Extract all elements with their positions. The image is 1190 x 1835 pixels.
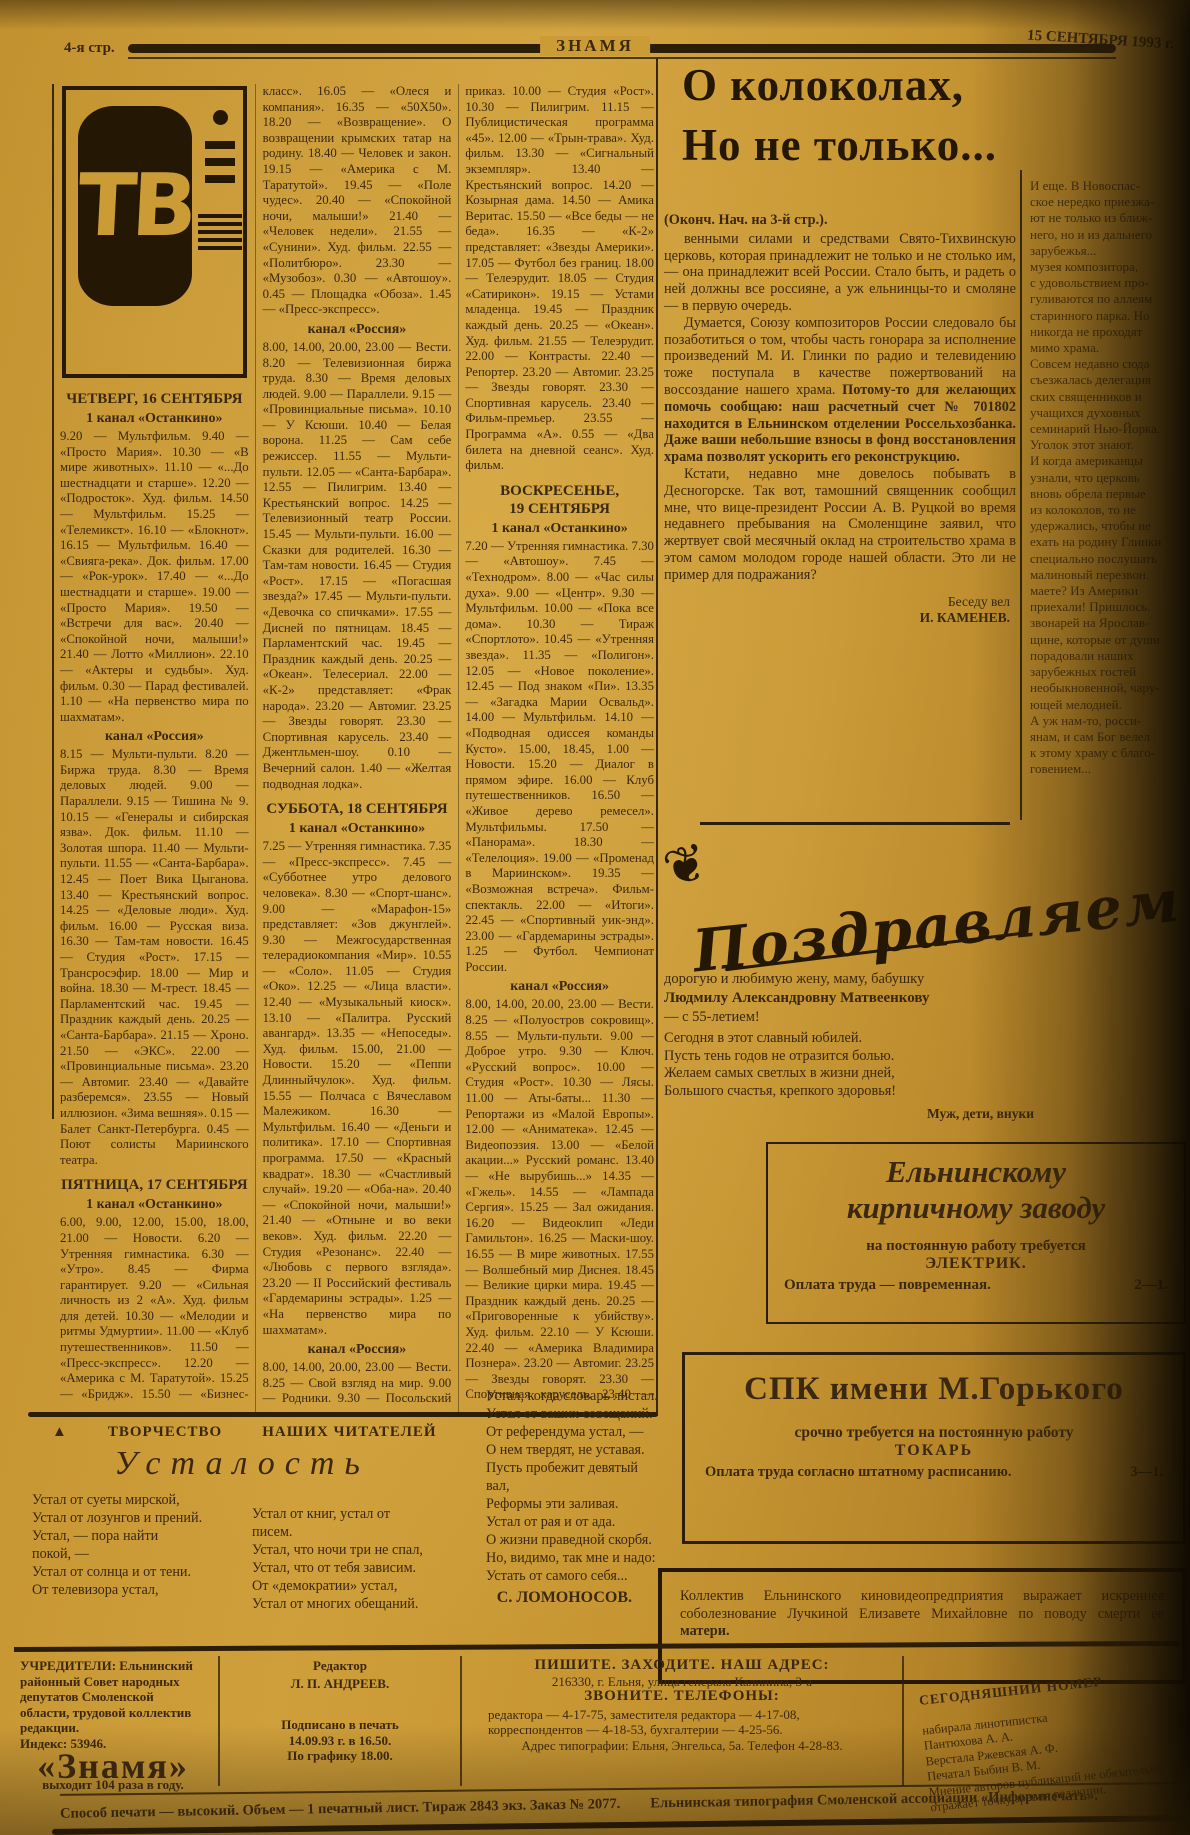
article-paragraph: Думается, Союзу композиторов России след…	[664, 315, 1016, 466]
ad-brick-vacancy: ЭЛЕКТРИК.	[784, 1255, 1168, 1273]
poem-verse-1: Устал от суеты мирской, Устал от лозунго…	[32, 1491, 228, 1613]
byline-name: И. КАМЕНЕВ.	[664, 610, 1010, 627]
masthead: ЗНАМЯ	[540, 36, 650, 56]
listing-thu-ostankino: 9.20 — Мультфильм. 9.40 — «Просто Мария»…	[60, 429, 249, 725]
day-heading-friday: ПЯТНИЦА, 17 СЕНТЯБРЯ	[60, 1176, 249, 1194]
tv-logo-letters: ТВ	[76, 163, 195, 249]
ad-spk-title: СПК имени М.Горького	[705, 1371, 1163, 1408]
tv-left-rule	[52, 84, 54, 1119]
tv-bar-icon	[205, 175, 235, 183]
article-body: (Оконч. Нач. на 3-й стр.). венными силам…	[664, 212, 1016, 627]
day-heading-thursday: ЧЕТВЕРГ, 16 СЕНТЯБРЯ	[60, 390, 249, 408]
channel-ostankino: 1 канал «Останкино»	[465, 520, 654, 537]
channel-rossiya: канал «Россия»	[60, 728, 249, 745]
newspaper-page: 4-я стр. ЗНАМЯ 15 СЕНТЯБРЯ 1993 г. ТВ ЧЕ…	[0, 0, 1190, 1835]
greeting-occasion: — с 55-летием!	[664, 1009, 1044, 1026]
ad-spk-pay: Оплата труда согласно штатному расписани…	[705, 1464, 1011, 1481]
kicker-word-1: ТВОРЧЕСТВО	[108, 1424, 222, 1441]
ad-brick-title-1: Ельнинскому	[784, 1154, 1168, 1190]
greeting-recipient: Людмилу Александровну Матвеенкову	[664, 990, 1044, 1007]
channel-rossiya: канал «Россия»	[263, 1341, 452, 1358]
tv-article-divider	[656, 58, 658, 1416]
channel-rossiya: канал «Россия»	[465, 978, 654, 995]
phone-list: редактора — 4-17-75, заместителя редакто…	[474, 1707, 890, 1738]
ad-brick-line: на постоянную работу требуется	[784, 1238, 1168, 1255]
tv-logo-decor	[200, 106, 240, 366]
poem-left-block: Усталость Устал от суеты мирской, Устал …	[32, 1441, 462, 1613]
ad-spk-pay-row: Оплата труда согласно штатному расписани…	[705, 1464, 1163, 1481]
tv-bar-icon	[205, 158, 235, 166]
ad-spk-line: срочно требуется на постоянную работу	[705, 1424, 1163, 1442]
article-headline: О колоколах, Но не только...	[682, 58, 1190, 172]
founders-text: УЧРЕДИТЕЛИ: Ельнинский районный Совет на…	[20, 1658, 206, 1736]
channel-rossiya: канал «Россия»	[263, 321, 452, 338]
tv-bar-icon	[205, 141, 235, 149]
postal-address: 216330, г. Ельня, улица генерала Калинин…	[474, 1674, 890, 1690]
article-paragraph: венными силами и средствами Свято-Тихвин…	[664, 231, 1016, 315]
poem-verse-3: Устал, когда словарь листал. Устал от ва…	[486, 1387, 658, 1585]
day-heading-sunday: ВОСКРЕСЕНЬЕ, 19 СЕНТЯБРЯ	[465, 482, 654, 518]
print-schedule: По графику 18.00.	[232, 1748, 448, 1764]
channel-ostankino: 1 канал «Останкино»	[60, 410, 249, 427]
poem-author: С. ЛОМОНОСОВ.	[486, 1589, 658, 1607]
ad-brick-title-2: кирпичному заводу	[784, 1190, 1168, 1226]
poem-columns: Усталость Устал от суеты мирской, Устал …	[32, 1441, 658, 1613]
byline-prefix: Беседу вел	[664, 594, 1010, 611]
ad-brick-title: Ельнинскому кирпичному заводу	[784, 1154, 1168, 1226]
editor-label: Редактор	[232, 1658, 448, 1674]
ad-brick-pay-row: Оплата труда — повременная. 2—1.	[784, 1277, 1168, 1294]
flower-ornament-icon: ❦	[657, 831, 715, 900]
tv-screen-icon: ТВ	[78, 106, 192, 306]
poem-title: Усталость	[32, 1445, 452, 1483]
newspaper-brand: «Знамя»	[20, 1759, 206, 1775]
ad-spk-vacancy: ТОКАРЬ	[705, 1442, 1163, 1460]
channel-ostankino: 1 канал «Останкино»	[263, 820, 452, 837]
poem-left-columns: Устал от суеты мирской, Устал от лозунго…	[32, 1491, 462, 1613]
ad-spk-mark: 3—1.	[1130, 1464, 1163, 1481]
tv-logo: ТВ	[62, 86, 247, 378]
greeting-verse: Сегодня в этот славный юбилей. Пусть тен…	[664, 1030, 1044, 1100]
page-number: 4-я стр.	[64, 40, 115, 57]
tv-programme: ТВ ЧЕТВЕРГ, 16 СЕНТЯБРЯ 1 канал «Останки…	[60, 84, 654, 1414]
ad-brick-mark: 2—1.	[1134, 1277, 1168, 1294]
call-heading: ЗВОНИТЕ. ТЕЛЕФОНЫ:	[474, 1689, 890, 1705]
poem-verse-2: Устал от книг, устал от писем. Устал, чт…	[252, 1505, 462, 1613]
tv-dot-icon	[213, 110, 228, 125]
cutoff-column-fragment: И еще. В Новоспас- ское нередко приезжа-…	[1030, 178, 1182, 778]
poem-right-block: Устал, когда словарь листал. Устал от ва…	[486, 1387, 658, 1613]
headline-line-2: Но не только...	[682, 118, 1190, 172]
imprint-left: Способ печати — высокий. Объем — 1 печат…	[60, 1796, 621, 1823]
footer-divider	[218, 1656, 220, 1786]
ad-spk-gorky: СПК имени М.Горького срочно требуется на…	[682, 1352, 1186, 1544]
listing-sun-ostankino: 7.20 — Утренняя гимнастика. 7.30 — «Авто…	[465, 539, 654, 976]
condolence-text: Коллектив Ельнинского киновидеопредприят…	[680, 1588, 1164, 1622]
listing-fri-rossiya: 8.00, 14.00, 20.00, 23.00 — Вести. 8.20 …	[263, 340, 452, 792]
signed-to-print: Подписано в печать 14.09.93 г. в 16.50.	[232, 1717, 448, 1748]
article-paragraph: Кстати, недавно мне довелось побывать в …	[664, 466, 1016, 584]
article-continuation-note: (Оконч. Нач. на 3-й стр.).	[664, 212, 1016, 229]
editor-name: Л. П. АНДРЕЕВ.	[232, 1676, 448, 1692]
footer-contacts-cell: ПИШИТЕ. ЗАХОДИТЕ. НАШ АДРЕС: 216330, г. …	[464, 1656, 900, 1786]
day-heading-saturday: СУББОТА, 18 СЕНТЯБРЯ	[263, 800, 452, 818]
kicker-word-2: НАШИХ ЧИТАТЕЛЕЙ	[262, 1424, 436, 1441]
triangle-icon: ▲	[52, 1424, 68, 1441]
footer-editor-cell: Редактор Л. П. АНДРЕЕВ. Подписано в печа…	[222, 1656, 458, 1786]
ad-brick-pay: Оплата труда — повременная.	[784, 1277, 991, 1294]
channel-ostankino: 1 канал «Останкино»	[60, 1196, 249, 1213]
footer: УЧРЕДИТЕЛИ: Ельнинский районный Совет на…	[10, 1656, 1182, 1786]
article-byline: Беседу вел И. КАМЕНЕВ.	[664, 594, 1016, 628]
printhouse-address: Адрес типографии: Ельня, Энгельса, 5а. Т…	[474, 1738, 890, 1754]
headline-line-1: О колоколах,	[682, 58, 1190, 112]
page-shadow-top	[0, 0, 1190, 30]
footer-divider	[902, 1656, 904, 1786]
condolence-emphasis: матери.	[680, 1623, 730, 1639]
article-strip-divider	[1020, 170, 1022, 820]
article-bottom-rule	[700, 822, 1010, 825]
frequency-text: выходит 104 раза в году.	[20, 1777, 206, 1793]
write-heading: ПИШИТЕ. ЗАХОДИТЕ. НАШ АДРЕС:	[474, 1658, 890, 1674]
footer-founders-cell: УЧРЕДИТЕЛИ: Ельнинский районный Совет на…	[10, 1656, 216, 1786]
listing-thu-rossiya: 8.15 — Мульти-пульти. 8.20 — Биржа труда…	[60, 747, 249, 1168]
readers-section: ▲ ТВОРЧЕСТВО НАШИХ ЧИТАТЕЛЕЙ Усталость У…	[32, 1424, 658, 1613]
listing-sat-ostankino: 7.25 — Утренняя гимнастика. 7.35 — «Прес…	[263, 839, 452, 1338]
tv-hatch-icon	[198, 210, 242, 250]
greeting-block: ❦ Поздравляем дорогую и любимую жену, ма…	[664, 836, 1044, 1122]
ad-brick-factory: Ельнинскому кирпичному заводу на постоян…	[766, 1142, 1186, 1324]
footer-divider	[460, 1656, 462, 1786]
greeting-signature: Муж, дети, внуки	[664, 1106, 1044, 1122]
